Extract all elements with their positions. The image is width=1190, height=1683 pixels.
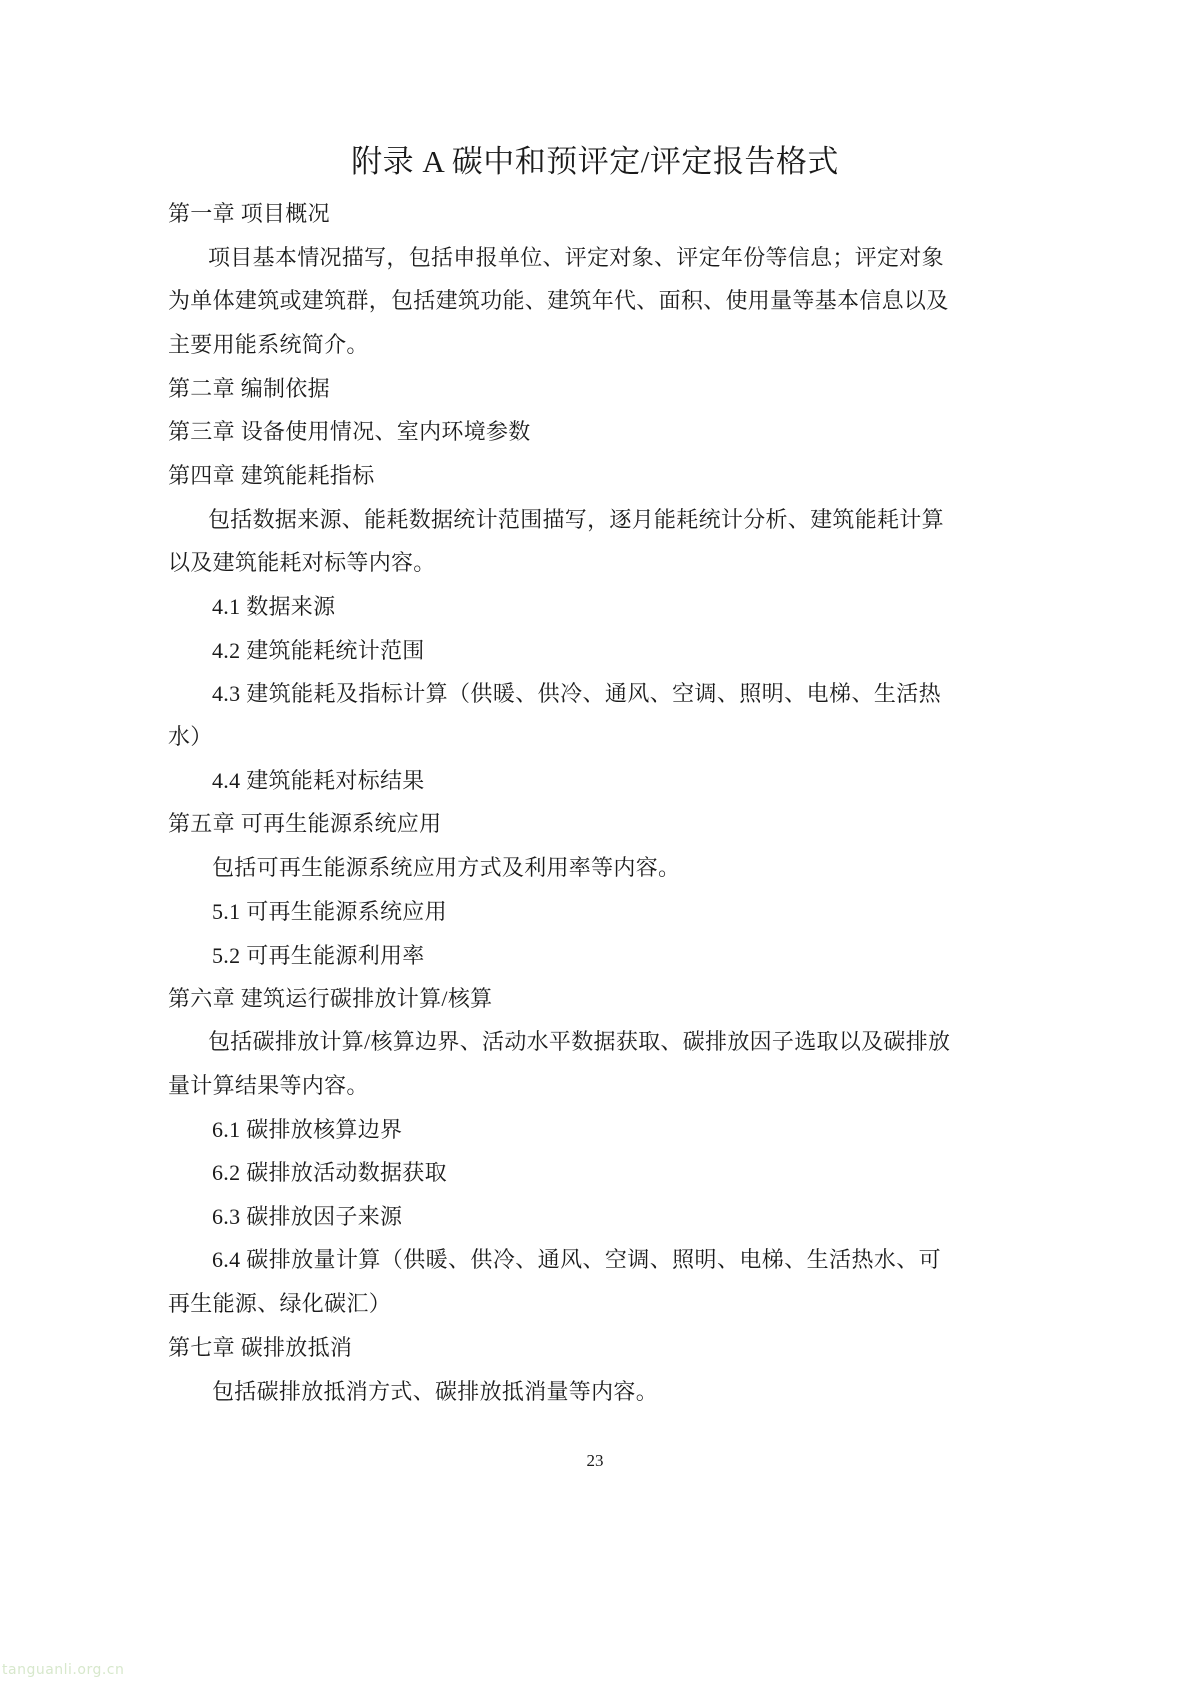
chapter-3-heading: 第三章 设备使用情况、室内环境参数 — [168, 417, 943, 447]
appendix-title: 附录 A 碳中和预评定/评定报告格式 — [0, 142, 1190, 182]
section-6-4: 6.4 碳排放量计算（供暖、供冷、通风、空调、照明、电梯、生活热水、可 — [212, 1245, 941, 1275]
chapter-6-heading: 第六章 建筑运行碳排放计算/核算 — [168, 984, 943, 1014]
section-6-3: 6.3 碳排放因子来源 — [212, 1202, 987, 1232]
section-6-2: 6.2 碳排放活动数据获取 — [212, 1158, 987, 1188]
chapter-4-paragraph-line: 以及建筑能耗对标等内容。 — [168, 548, 943, 578]
chapter-1-heading: 第一章 项目概况 — [168, 199, 943, 229]
chapter-4-heading: 第四章 建筑能耗指标 — [168, 461, 943, 491]
chapter-2-heading: 第二章 编制依据 — [168, 374, 943, 404]
watermark: tanguanli.org.cn — [2, 1662, 124, 1678]
chapter-1-paragraph-line: 主要用能系统简介。 — [168, 330, 943, 360]
section-5-2: 5.2 可再生能源利用率 — [212, 941, 987, 971]
chapter-7-heading: 第七章 碳排放抵消 — [168, 1333, 943, 1363]
page-number: 23 — [0, 1450, 1190, 1472]
section-6-1: 6.1 碳排放核算边界 — [212, 1115, 987, 1145]
chapter-1-paragraph-line: 项目基本情况描写，包括申报单位、评定对象、评定年份等信息；评定对象 — [208, 243, 941, 273]
chapter-5-paragraph: 包括可再生能源系统应用方式及利用率等内容。 — [212, 853, 987, 883]
section-4-4: 4.4 建筑能耗对标结果 — [212, 766, 987, 796]
section-6-4-continuation: 再生能源、绿化碳汇） — [168, 1289, 943, 1319]
section-4-2: 4.2 建筑能耗统计范围 — [212, 636, 987, 666]
section-4-1: 4.1 数据来源 — [212, 592, 987, 622]
chapter-1-paragraph-line: 为单体建筑或建筑群，包括建筑功能、建筑年代、面积、使用量等基本信息以及 — [168, 286, 941, 316]
chapter-4-paragraph-line: 包括数据来源、能耗数据统计范围描写，逐月能耗统计分析、建筑能耗计算 — [208, 505, 941, 535]
section-4-3-continuation: 水） — [168, 722, 943, 752]
chapter-6-paragraph-line: 量计算结果等内容。 — [168, 1071, 943, 1101]
chapter-5-heading: 第五章 可再生能源系统应用 — [168, 809, 943, 839]
section-5-1: 5.1 可再生能源系统应用 — [212, 897, 987, 927]
section-4-3: 4.3 建筑能耗及指标计算（供暖、供冷、通风、空调、照明、电梯、生活热 — [212, 679, 941, 709]
chapter-6-paragraph-line: 包括碳排放计算/核算边界、活动水平数据获取、碳排放因子选取以及碳排放 — [208, 1027, 941, 1057]
chapter-7-paragraph: 包括碳排放抵消方式、碳排放抵消量等内容。 — [212, 1377, 987, 1407]
